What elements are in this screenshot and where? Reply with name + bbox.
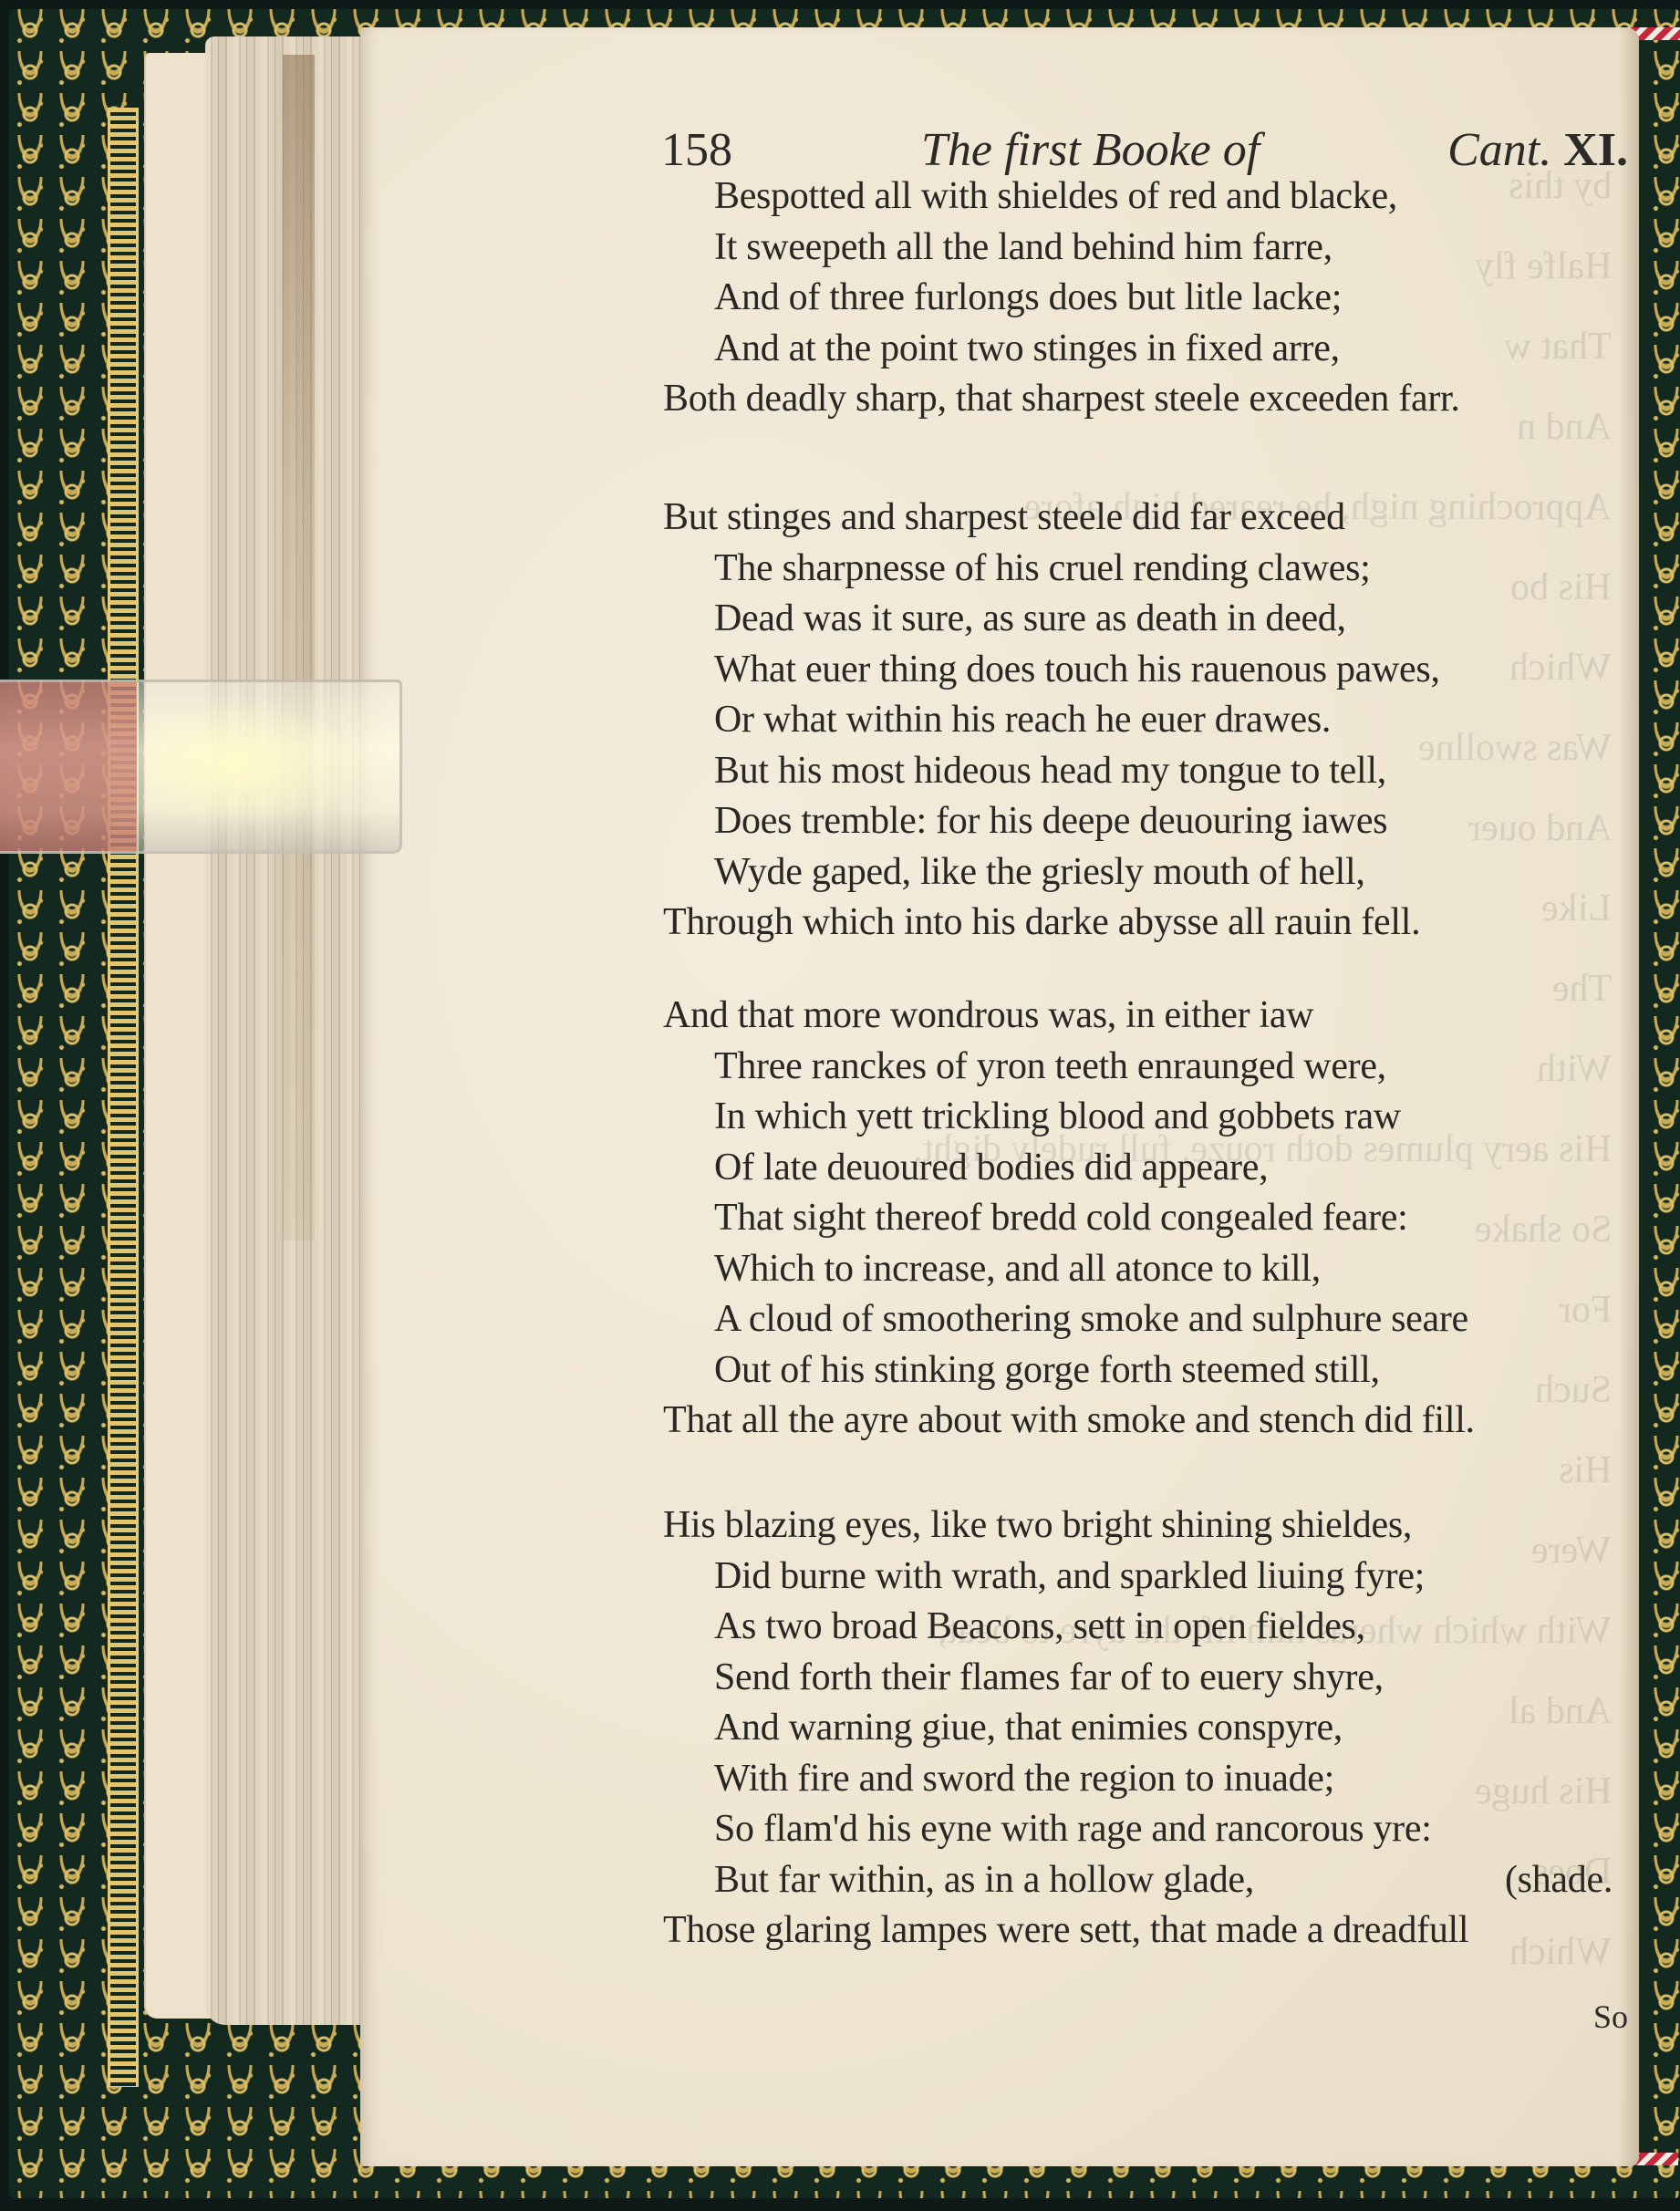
plastic-page-clip — [0, 680, 402, 854]
show-through-text: His — [1559, 1448, 1612, 1492]
show-through-text: Like — [1541, 887, 1612, 930]
verse-line: And at the point two stinges in fixed ar… — [714, 326, 1340, 371]
verse-line: With fire and sword the region to inuade… — [714, 1756, 1334, 1801]
verse-line: What euer thing does touch his rauenous … — [714, 647, 1440, 692]
verse-line: Which to increase, and all atonce to kil… — [714, 1246, 1321, 1292]
page-block-edges — [205, 36, 369, 2025]
page-number: 158 — [661, 123, 732, 177]
show-through-text: The — [1552, 967, 1612, 1011]
verse-line: Of late deuoured bodies did appeare, — [714, 1145, 1268, 1190]
show-through-text: His huge — [1475, 1770, 1613, 1813]
verse-line: Send forth their flames far of to euery … — [714, 1655, 1384, 1700]
verse-line: That all the ayre about with smoke and s… — [663, 1397, 1475, 1443]
verse-line: His blazing eyes, like two bright shinin… — [663, 1502, 1412, 1548]
turnover-word: (shade. — [1505, 1857, 1613, 1903]
verse-line: It sweepeth all the land behind him farr… — [714, 224, 1333, 270]
verse-line: Dead was it sure, as sure as death in de… — [714, 596, 1346, 641]
verse-line: Both deadly sharp, that sharpest steele … — [663, 376, 1460, 421]
show-through-text: Was swollne — [1418, 726, 1612, 770]
verse-line: Out of his stinking gorge forth steemed … — [714, 1347, 1380, 1393]
verse-line: But stinges and sharpest steele did far … — [663, 494, 1345, 540]
verse-line: That sight thereof bredd cold congealed … — [714, 1195, 1408, 1240]
clip-glare — [146, 701, 365, 828]
show-through-text: With — [1537, 1047, 1612, 1091]
verse-line: As two broad Beacons, sett in open field… — [714, 1604, 1365, 1649]
book-page: 158 The first Booke of Cant. XI. WhichDo… — [360, 27, 1639, 2166]
verse-line: Through which into his darke abysse all … — [663, 899, 1420, 945]
show-through-text: His bo — [1510, 566, 1612, 609]
gilt-fillet-border — [108, 108, 139, 2087]
show-through-text: Such — [1535, 1368, 1612, 1412]
verse-line: Or what within his reach he euer drawes. — [714, 697, 1331, 742]
verse-line: So flam'd his eyne with rage and rancoro… — [714, 1806, 1432, 1852]
clip-red-tint — [0, 682, 137, 851]
verse-line: But far within, as in a hollow glade, — [714, 1857, 1254, 1903]
page-text-area: 158 The first Booke of Cant. XI. WhichDo… — [360, 27, 1639, 2166]
show-through-text: Halfe fly — [1475, 244, 1612, 288]
verse-line: In which yett trickling blood and gobbet… — [714, 1094, 1401, 1139]
verse-line: Bespotted all with shieldes of red and b… — [714, 173, 1397, 219]
show-through-text: And ouer — [1468, 806, 1612, 850]
verse-line: Does tremble: for his deepe deuouring ia… — [714, 798, 1387, 844]
verse-line: Three ranckes of yron teeth enraunged we… — [714, 1043, 1386, 1089]
verse-line: The sharpnesse of his cruel rending claw… — [714, 545, 1371, 591]
verse-line: And that more wondrous was, in either ia… — [663, 992, 1313, 1038]
verse-line: Did burne with wrath, and sparkled liuin… — [714, 1553, 1425, 1599]
verse-line: Wyde gaped, like the griesly mouth of he… — [714, 849, 1365, 895]
verse-line: But his most hideous head my tongue to t… — [714, 748, 1386, 794]
show-through-text: That w — [1504, 325, 1612, 368]
verse-line: And of three furlongs does but litle lac… — [714, 275, 1342, 320]
verse-line: Those glaring lampes were sett, that mad… — [663, 1907, 1468, 1953]
show-through-text: Which — [1509, 646, 1612, 690]
verse-line: A cloud of smoothering smoke and sulphur… — [714, 1296, 1468, 1342]
verse-line: And warning giue, that enimies conspyre, — [714, 1705, 1343, 1750]
show-through-text: And n — [1517, 405, 1612, 449]
catchword: So — [1593, 1998, 1628, 2036]
show-through-text: For — [1559, 1288, 1612, 1332]
show-through-text: Which — [1509, 1930, 1612, 1974]
show-through-text: by this — [1509, 164, 1612, 208]
show-through-text: So shake — [1475, 1208, 1613, 1251]
show-through-text: Were — [1531, 1529, 1612, 1573]
show-through-text: And al — [1509, 1689, 1612, 1733]
running-head-title: The first Booke of — [921, 123, 1260, 177]
